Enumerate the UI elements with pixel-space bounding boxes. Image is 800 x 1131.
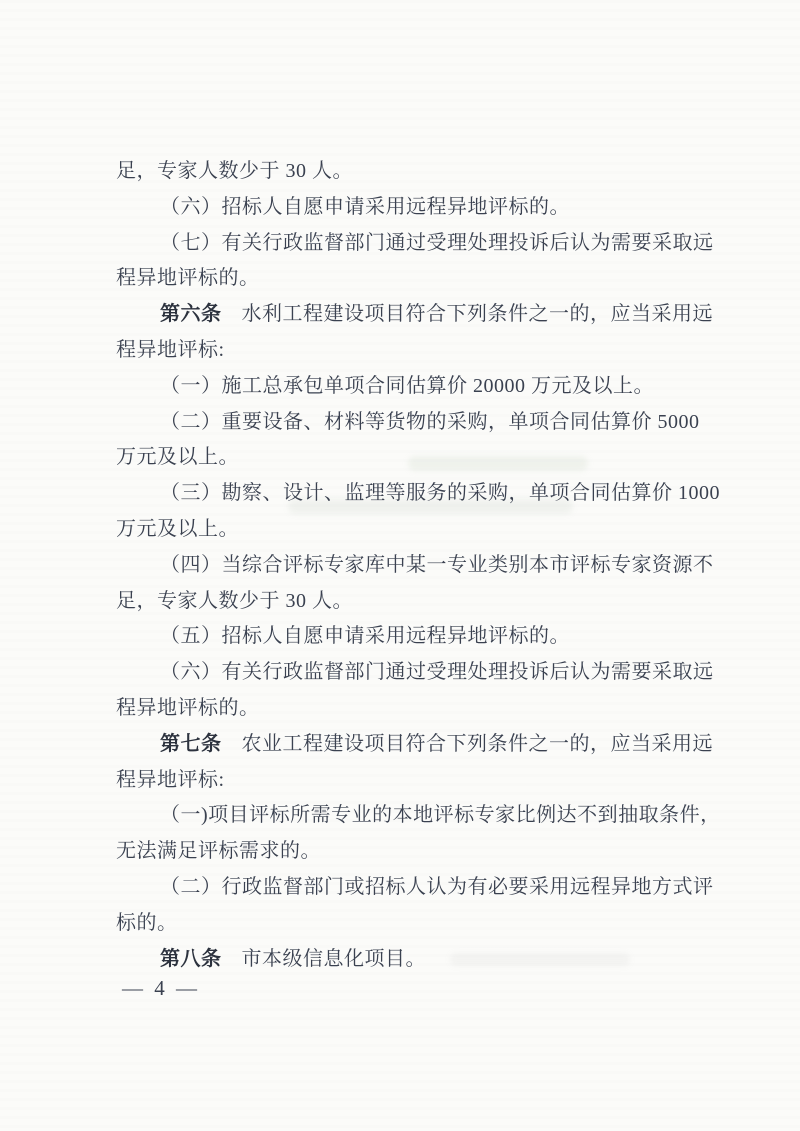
- article-number: 第六条: [160, 303, 222, 325]
- text-line: 万元及以上。: [116, 440, 696, 476]
- text-line: 程异地评标:: [116, 333, 696, 369]
- text-line: （二）重要设备、材料等货物的采购，单项合同估算价 5000: [116, 405, 696, 441]
- text-line: 程异地评标的。: [116, 261, 696, 297]
- article-number: 第七条: [160, 733, 222, 755]
- text-line: （二）行政监督部门或招标人认为有必要采用远程异地方式评: [116, 870, 696, 906]
- text-line: 无法满足评标需求的。: [116, 834, 696, 870]
- article-text: 水利工程建设项目符合下列条件之一的，应当采用远: [242, 303, 714, 325]
- text-line: （七）有关行政监督部门通过受理处理投诉后认为需要采取远: [116, 226, 696, 262]
- article-number: 第八条: [160, 948, 222, 970]
- text-line: （五）招标人自愿申请采用远程异地评标的。: [116, 619, 696, 655]
- text-line: 标的。: [116, 906, 696, 942]
- page-number: — 4 —: [122, 972, 200, 1004]
- text-line: （六）有关行政监督部门通过受理处理投诉后认为需要采取远: [116, 655, 696, 691]
- text-line: 足，专家人数少于 30 人。: [116, 584, 696, 620]
- article-text: 农业工程建设项目符合下列条件之一的，应当采用远: [242, 733, 714, 755]
- text-line: 程异地评标:: [116, 763, 696, 799]
- document-text-block: 足，专家人数少于 30 人。（六）招标人自愿申请采用远程异地评标的。（七）有关行…: [116, 154, 696, 977]
- text-line: 万元及以上。: [116, 512, 696, 548]
- article-heading-line: 第六条水利工程建设项目符合下列条件之一的，应当采用远: [116, 297, 696, 333]
- text-line: （一）施工总承包单项合同估算价 20000 万元及以上。: [116, 369, 696, 405]
- text-line: 程异地评标的。: [116, 691, 696, 727]
- text-line: （一)项目评标所需专业的本地评标专家比例达不到抽取条件，: [116, 798, 696, 834]
- text-line: （三）勘察、设计、监理等服务的采购，单项合同估算价 1000: [116, 476, 696, 512]
- scanned-document-page: 足，专家人数少于 30 人。（六）招标人自愿申请采用远程异地评标的。（七）有关行…: [0, 0, 800, 1131]
- article-heading-line: 第八条市本级信息化项目。: [116, 942, 696, 978]
- text-line: （六）招标人自愿申请采用远程异地评标的。: [116, 190, 696, 226]
- text-line: 足，专家人数少于 30 人。: [116, 154, 696, 190]
- article-text: 市本级信息化项目。: [242, 948, 427, 970]
- text-line: （四）当综合评标专家库中某一专业类别本市评标专家资源不: [116, 548, 696, 584]
- article-heading-line: 第七条农业工程建设项目符合下列条件之一的，应当采用远: [116, 727, 696, 763]
